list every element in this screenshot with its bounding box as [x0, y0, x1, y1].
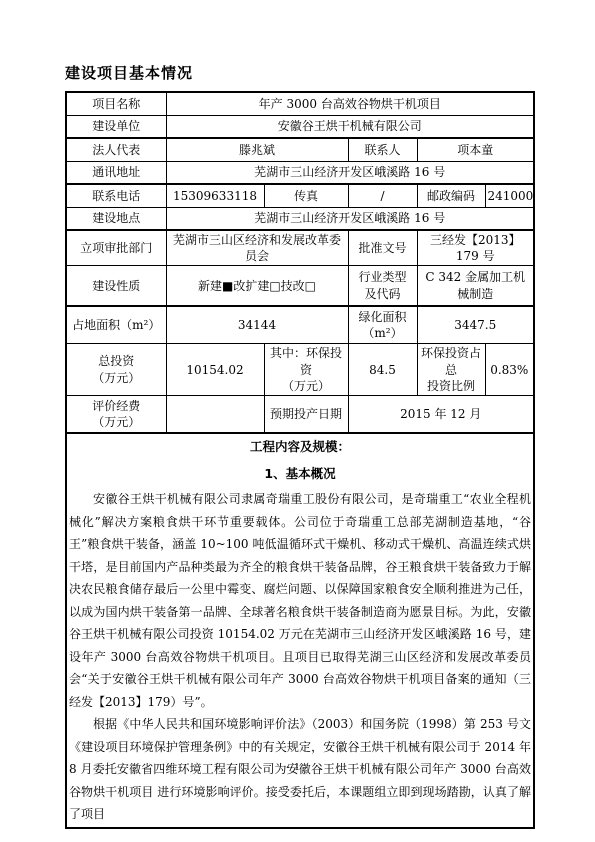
- row-nature: 建设性质 新建■改扩建□技改□ 行业类型 及代码 C 342 金属加工机械制造: [66, 266, 534, 306]
- legal-rep-value: 滕兆斌: [166, 138, 348, 161]
- document-page: 建设项目基本情况 项目名称 年产 3000 台高效谷物烘干机项目 建设单位 安徽…: [0, 0, 595, 842]
- row-phone: 联系电话 15309633118 传真 / 邮政编码 241000: [66, 184, 534, 207]
- approval-no-value: 三经发【2013】179 号: [417, 230, 534, 266]
- contact-person-value: 项本童: [417, 138, 534, 161]
- legal-rep-label: 法人代表: [66, 138, 166, 161]
- phone-value: 15309633118: [166, 184, 264, 207]
- land-area-label: 占地面积（m²）: [66, 306, 166, 344]
- approval-dept-value: 芜湖市三山区经济和发展改革委员会: [166, 230, 348, 266]
- construction-unit-value: 安徽谷王烘干机械有限公司: [166, 115, 534, 138]
- row-investment: 总投资 （万元） 10154.02 其中：环保投资 （万元） 84.5 环保投资…: [66, 344, 534, 396]
- construction-unit-label: 建设单位: [66, 115, 166, 138]
- nature-label: 建设性质: [66, 266, 166, 306]
- row-approval: 立项审批部门 芜湖市三山区经济和发展改革委员会 批准文号 三经发【2013】17…: [66, 230, 534, 266]
- approval-dept-label: 立项审批部门: [66, 230, 166, 266]
- phone-label: 联系电话: [66, 184, 166, 207]
- page-number: - 1 -: [0, 763, 595, 773]
- eval-cost-value: [166, 395, 264, 433]
- section-title: 建设项目基本情况: [65, 62, 533, 83]
- green-area-value: 3447.5: [417, 306, 534, 344]
- env-ratio-label: 环保投资占总 投资比例: [417, 344, 485, 396]
- postcode-label: 邮政编码: [417, 184, 485, 207]
- row-land-area: 占地面积（m²） 34144 绿化面积 （m²） 3447.5: [66, 306, 534, 344]
- industry-label: 行业类型 及代码: [348, 266, 417, 306]
- row-site: 建设地点 芜湖市三山经济开发区峨溪路 16 号: [66, 207, 534, 230]
- fax-value: /: [348, 184, 417, 207]
- production-date-label: 预期投产日期: [264, 395, 348, 433]
- eval-cost-label: 评价经费 （万元）: [66, 395, 166, 433]
- env-investment-value: 84.5: [348, 344, 417, 396]
- row-project-name: 项目名称 年产 3000 台高效谷物烘干机项目: [66, 92, 534, 115]
- row-legal-rep: 法人代表 滕兆斌 联系人 项本童: [66, 138, 534, 161]
- total-investment-label: 总投资 （万元）: [66, 344, 166, 396]
- green-area-label: 绿化面积 （m²）: [348, 306, 417, 344]
- env-ratio-value: 0.83%: [485, 344, 534, 396]
- document-body: 建设项目基本情况 项目名称 年产 3000 台高效谷物烘干机项目 建设单位 安徽…: [65, 62, 533, 829]
- industry-value: C 342 金属加工机械制造: [417, 266, 534, 306]
- project-name-value: 年产 3000 台高效谷物烘干机项目: [166, 92, 534, 115]
- postcode-value: 241000: [485, 184, 534, 207]
- content-subheading: 1、基本概况: [69, 462, 531, 485]
- production-date-value: 2015 年 12 月: [348, 395, 534, 433]
- content-paragraph-1: 安徽谷王烘干机械有限公司隶属奇瑞重工股份有限公司，是奇瑞重工“农业全程机械化”解…: [69, 488, 531, 713]
- mail-address-value: 芜湖市三山经济开发区峨溪路 16 号: [166, 161, 534, 184]
- row-mail-address: 通讯地址 芜湖市三山经济开发区峨溪路 16 号: [66, 161, 534, 184]
- contact-person-label: 联系人: [348, 138, 417, 161]
- basic-info-table: 项目名称 年产 3000 台高效谷物烘干机项目 建设单位 安徽谷王烘干机械有限公…: [65, 91, 535, 829]
- env-investment-label: 其中：环保投资 （万元）: [264, 344, 348, 396]
- land-area-value: 34144: [166, 306, 348, 344]
- row-eval-cost: 评价经费 （万元） 预期投产日期 2015 年 12 月: [66, 395, 534, 433]
- approval-no-label: 批准文号: [348, 230, 417, 266]
- total-investment-value: 10154.02: [166, 344, 264, 396]
- fax-label: 传真: [264, 184, 348, 207]
- site-label: 建设地点: [66, 207, 166, 230]
- content-heading: 工程内容及规模：: [69, 435, 531, 458]
- row-construction-unit: 建设单位 安徽谷王烘干机械有限公司: [66, 115, 534, 138]
- nature-value: 新建■改扩建□技改□: [166, 266, 348, 306]
- project-name-label: 项目名称: [66, 92, 166, 115]
- site-value: 芜湖市三山经济开发区峨溪路 16 号: [166, 207, 534, 230]
- mail-address-label: 通讯地址: [66, 161, 166, 184]
